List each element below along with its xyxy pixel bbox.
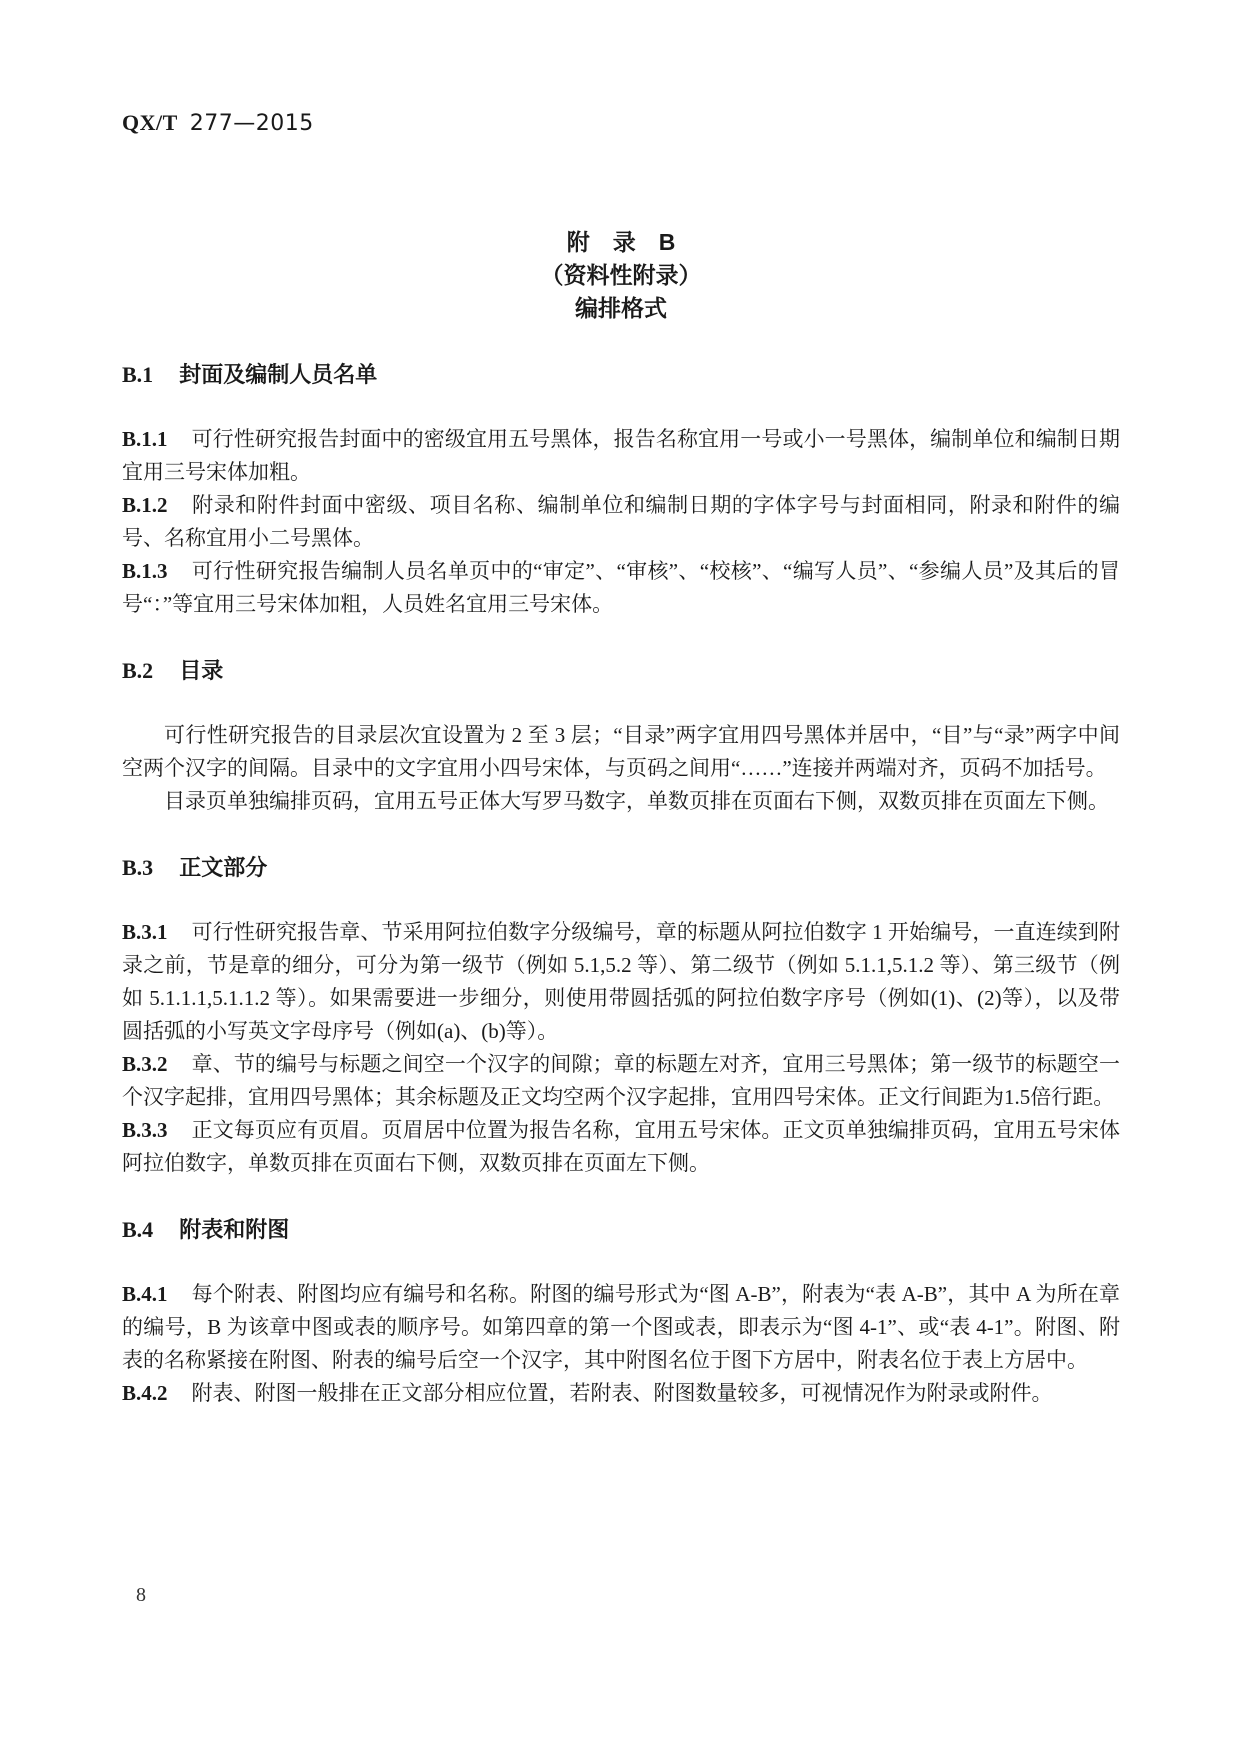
clause-text: 每个附表、附图均应有编号和名称。附图的编号形式为“图 A-B”，附表为“表 A-… [122,1282,1120,1372]
section-heading-b3: B.3正文部分 [122,851,1120,884]
clause-b3-1: B.3.1可行性研究报告章、节采用阿拉伯数字分级编号，章的标题从阿拉伯数字 1 … [122,916,1120,1048]
appendix-heading-block: 附 录 B （资料性附录） 编排格式 [122,226,1120,325]
clause-text: 可行性研究报告编制人员名单页中的“审定”、“审核”、“校核”、“编写人员”、“参… [122,559,1120,616]
appendix-label: 附 录 B [122,226,1120,259]
clause-text: 附录和附件封面中密级、项目名称、编制单位和编制日期的字体字号与封面相同，附录和附… [122,493,1120,550]
clause-number: B.3.3 [122,1118,168,1142]
clause-b3-2: B.3.2章、节的编号与标题之间空一个汉字的间隙；章的标题左对齐，宜用三号黑体；… [122,1048,1120,1114]
clause-b1-1: B.1.1可行性研究报告封面中的密级宜用五号黑体，报告名称宜用一号或小一号黑体，… [122,423,1120,489]
clause-b4-1: B.4.1每个附表、附图均应有编号和名称。附图的编号形式为“图 A-B”，附表为… [122,1278,1120,1377]
section-heading-b2: B.2目录 [122,654,1120,687]
clause-text: 可行性研究报告章、节采用阿拉伯数字分级编号，章的标题从阿拉伯数字 1 开始编号，… [122,920,1120,1043]
clause-b1-2: B.1.2附录和附件封面中密级、项目名称、编制单位和编制日期的字体字号与封面相同… [122,489,1120,555]
page-content: QX/T 277—2015 附 录 B （资料性附录） 编排格式 B.1封面及编… [122,106,1120,1410]
section-number: B.3 [122,855,153,880]
section-number: B.4 [122,1217,153,1242]
section-title: 目录 [179,658,223,683]
section-title: 封面及编制人员名单 [179,362,377,387]
page-number: 8 [136,1580,146,1610]
standard-code: QX/T [122,110,178,135]
section-title: 正文部分 [179,855,267,880]
clause-text: 章、节的编号与标题之间空一个汉字的间隙；章的标题左对齐，宜用三号黑体；第一级节的… [122,1052,1120,1109]
clause-b1-3: B.1.3可行性研究报告编制人员名单页中的“审定”、“审核”、“校核”、“编写人… [122,555,1120,621]
clause-number: B.1.2 [122,493,168,517]
clause-number: B.1.3 [122,559,168,583]
clause-text: 可行性研究报告封面中的密级宜用五号黑体，报告名称宜用一号或小一号黑体，编制单位和… [122,427,1120,484]
document-page: QX/T 277—2015 附 录 B （资料性附录） 编排格式 B.1封面及编… [0,0,1240,1754]
clause-number: B.4.2 [122,1381,168,1405]
clause-text: 正文每页应有页眉。页眉居中位置为报告名称，宜用五号宋体。正文页单独编排页码，宜用… [122,1118,1120,1175]
clause-number: B.1.1 [122,427,168,451]
standard-number: 277—2015 [190,111,314,136]
clause-number: B.4.1 [122,1282,168,1306]
appendix-type-note: （资料性附录） [122,259,1120,292]
paragraph-b2-1: 可行性研究报告的目录层次宜设置为 2 至 3 层；“目录”两字宜用四号黑体并居中… [122,719,1120,785]
section-number: B.1 [122,362,153,387]
appendix-title: 编排格式 [122,292,1120,325]
paragraph-b2-2: 目录页单独编排页码，宜用五号正体大写罗马数字，单数页排在页面右下侧，双数页排在页… [122,785,1120,818]
section-number: B.2 [122,658,153,683]
section-heading-b4: B.4附表和附图 [122,1213,1120,1246]
standard-header: QX/T 277—2015 [122,106,1120,140]
section-title: 附表和附图 [179,1217,289,1242]
clause-b3-3: B.3.3正文每页应有页眉。页眉居中位置为报告名称，宜用五号宋体。正文页单独编排… [122,1114,1120,1180]
clause-number: B.3.1 [122,920,168,944]
section-heading-b1: B.1封面及编制人员名单 [122,358,1120,391]
clause-number: B.3.2 [122,1052,168,1076]
clause-b4-2: B.4.2附表、附图一般排在正文部分相应位置，若附表、附图数量较多，可视情况作为… [122,1377,1120,1410]
clause-text: 附表、附图一般排在正文部分相应位置，若附表、附图数量较多，可视情况作为附录或附件… [192,1381,1053,1405]
